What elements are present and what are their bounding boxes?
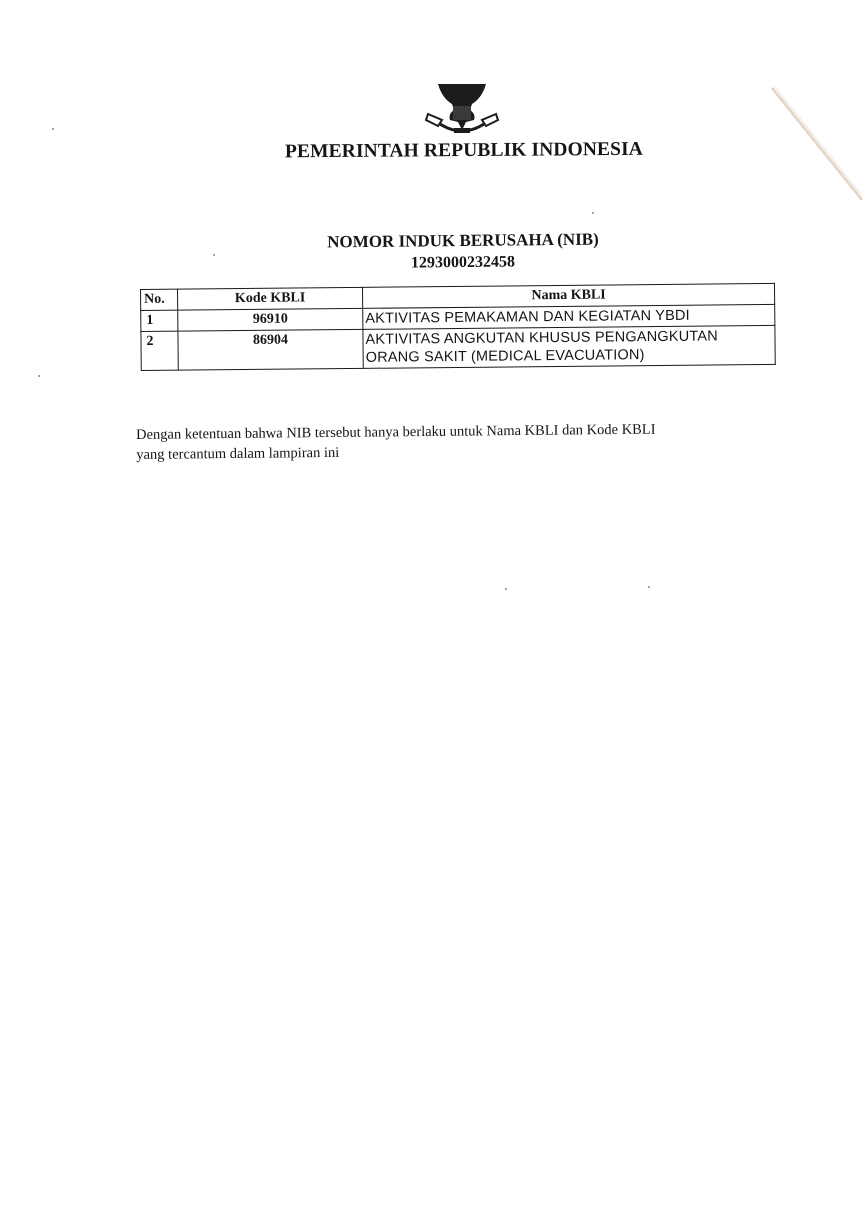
nama-kbli-line-2: ORANG SAKIT (MEDICAL EVACUATION) <box>366 345 772 367</box>
kbli-table: No. Kode KBLI Nama KBLI 1 96910 AKTIVITA… <box>140 283 776 371</box>
paper-edge-shadow <box>0 0 862 1225</box>
column-header-no: No. <box>141 289 178 310</box>
row-number: 2 <box>141 331 178 370</box>
scan-speck <box>213 254 215 256</box>
nib-number: 1293000232458 <box>303 252 623 273</box>
kode-kbli-cell: 86904 <box>178 329 363 370</box>
table-row: 2 86904 AKTIVITAS ANGKUTAN KHUSUS PENGAN… <box>141 325 775 370</box>
row-number: 1 <box>141 310 178 331</box>
scan-speck <box>505 588 507 590</box>
scan-speck <box>38 375 40 377</box>
scan-speck <box>648 586 650 588</box>
column-header-kode-kbli: Kode KBLI <box>178 287 363 310</box>
nama-kbli-cell: AKTIVITAS ANGKUTAN KHUSUS PENGANGKUTAN O… <box>363 325 775 368</box>
scan-speck <box>52 128 54 130</box>
document-title: NOMOR INDUK BERUSAHA (NIB) <box>303 229 623 252</box>
kode-kbli-cell: 96910 <box>178 308 363 331</box>
government-title: PEMERINTAH REPUBLIK INDONESIA <box>285 139 665 164</box>
scan-speck <box>592 212 594 214</box>
garuda-emblem-icon <box>424 84 500 136</box>
validity-note: Dengan ketentuan bahwa NIB tersebut hany… <box>136 418 776 465</box>
